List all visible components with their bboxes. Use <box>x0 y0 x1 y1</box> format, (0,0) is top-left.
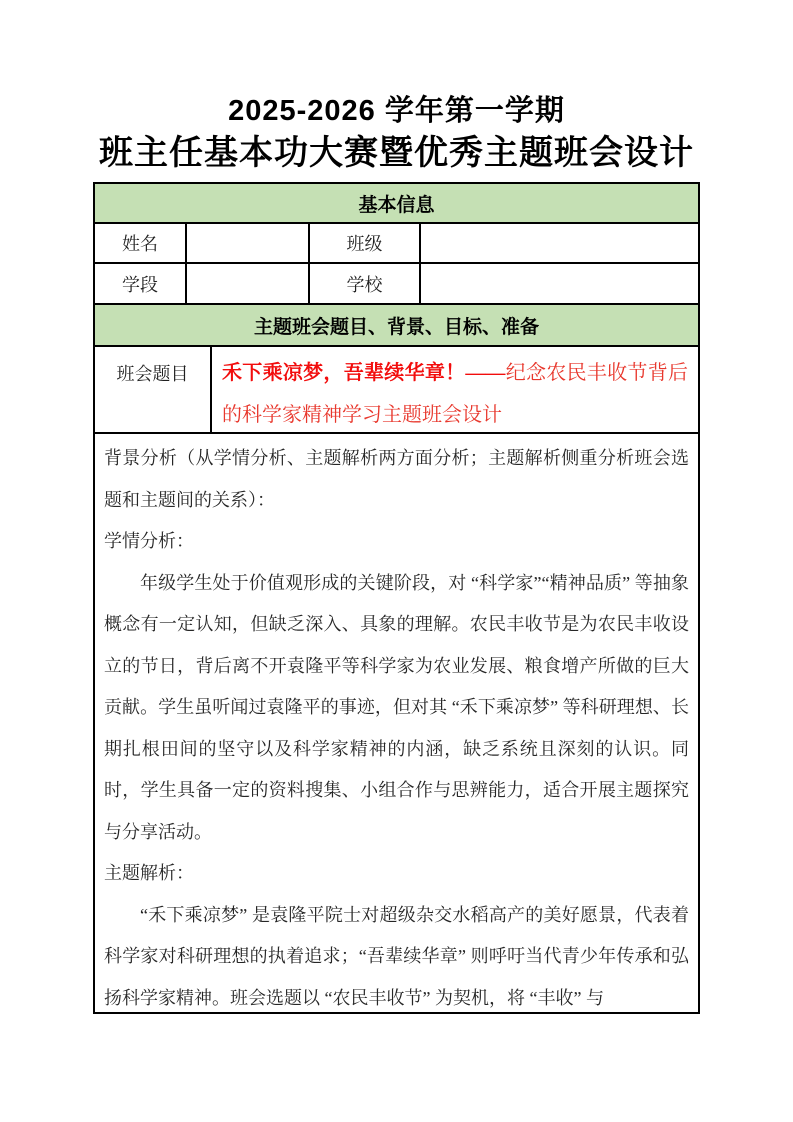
stage-value-cell[interactable] <box>185 264 308 303</box>
school-field-label: 学校 <box>308 264 419 303</box>
table-row: 姓名 班级 <box>95 222 698 262</box>
topic-title-cell: 禾下乘凉梦，吾辈续华章！——纪念农民丰收节背后的科学家精神学习主题班会设计 <box>210 347 698 432</box>
topic-title-bold-text: 禾下乘凉梦，吾辈续华章！—— <box>222 362 505 384</box>
document-title-line1: 2025-2026 学年第一学期 <box>0 92 793 130</box>
name-value-cell[interactable] <box>185 224 308 262</box>
topic-title-row: 班会题目 禾下乘凉梦，吾辈续华章！——纪念农民丰收节背后的科学家精神学习主题班会… <box>95 345 698 432</box>
class-meeting-design-table: 基本信息 姓名 班级 学段 学校 主题班会题目、背景、目标、准备 班会题目 禾下… <box>93 182 700 1014</box>
theme-analysis-paragraph: “禾下乘凉梦” 是袁隆平院士对超级杂交水稻高产的美好愿景，代表着科学家对科研理想… <box>104 895 689 1013</box>
basic-info-section-header: 基本信息 <box>95 184 698 222</box>
school-value-cell[interactable] <box>419 264 698 303</box>
background-analysis-cell: 背景分析（从学情分析、主题解析两方面分析；主题解析侧重分析班会选题和主题间的关系… <box>95 434 698 1012</box>
theme-analysis-heading: 主题解析： <box>104 853 689 895</box>
topic-section-header-row: 主题班会题目、背景、目标、准备 <box>95 303 698 345</box>
class-field-label: 班级 <box>308 224 419 262</box>
document-title-block: 2025-2026 学年第一学期 班主任基本功大赛暨优秀主题班会设计 <box>0 92 793 176</box>
table-row: 学段 学校 <box>95 262 698 303</box>
topic-field-label: 班会题目 <box>95 347 210 432</box>
topic-section-header: 主题班会题目、背景、目标、准备 <box>95 305 698 345</box>
document-title-line2: 班主任基本功大赛暨优秀主题班会设计 <box>0 130 793 176</box>
background-analysis-row: 背景分析（从学情分析、主题解析两方面分析；主题解析侧重分析班会选题和主题间的关系… <box>95 432 698 1012</box>
learning-analysis-heading: 学情分析： <box>104 521 689 563</box>
stage-field-label: 学段 <box>95 264 185 303</box>
name-field-label: 姓名 <box>95 224 185 262</box>
background-analysis-intro: 背景分析（从学情分析、主题解析两方面分析；主题解析侧重分析班会选题和主题间的关系… <box>104 438 689 521</box>
document-page: 2025-2026 学年第一学期 班主任基本功大赛暨优秀主题班会设计 基本信息 … <box>0 0 793 1122</box>
basic-info-header-row: 基本信息 <box>95 184 698 222</box>
learning-analysis-paragraph: 年级学生处于价值观形成的关键阶段，对 “科学家”“精神品质” 等抽象概念有一定认… <box>104 563 689 854</box>
class-value-cell[interactable] <box>419 224 698 262</box>
